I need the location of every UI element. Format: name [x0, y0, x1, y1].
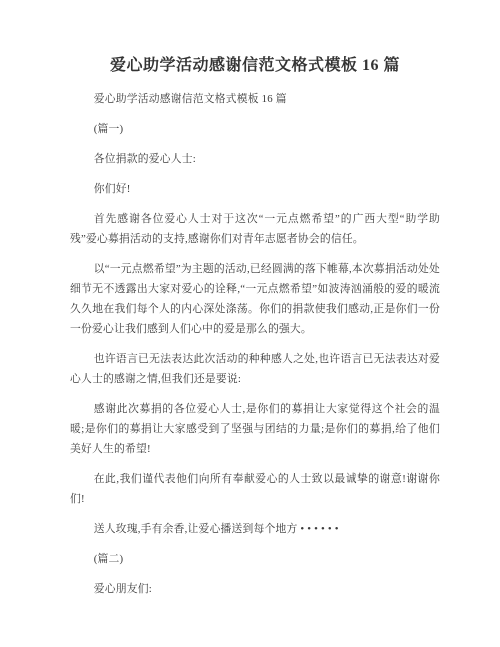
closing-line: 送人玫瑰,手有余香,让爱心播送到每个地方 • • • • • • [70, 519, 440, 539]
body-paragraph-3: 也许语言已无法表达此次活动的种种感人之处,也许语言已无法表达对爱心人士的感谢之情… [70, 349, 440, 389]
salutation-1: 各位捐款的爱心人士: [70, 149, 440, 169]
salutation-2: 爱心朋友们: [70, 579, 440, 599]
document-subtitle: 爱心助学活动感谢信范文格式模板 16 篇 [70, 89, 440, 109]
section-marker-2: (篇二) [70, 549, 440, 569]
greeting-line: 你们好! [70, 179, 440, 199]
document-content: 爱心助学活动感谢信范文格式模板 16 篇 爱心助学活动感谢信范文格式模板 16 … [70, 55, 440, 609]
document-page: 爱心助学活动感谢信范文格式模板 16 篇 爱心助学活动感谢信范文格式模板 16 … [0, 0, 500, 647]
body-paragraph-4: 感谢此次募捐的各位爱心人士,是你们的募捐让大家觉得这个社会的温暖;是你们的募捐让… [70, 399, 440, 459]
body-paragraph-2: 以“一元点燃希望”为主题的活动,已经圆满的落下帷幕,本次募捐活动处处细节无不透露… [70, 259, 440, 339]
section-marker-1: (篇一) [70, 119, 440, 139]
body-paragraph-1: 首先感谢各位爱心人士对于这次“一元点燃希望”的广西大型“助学助残”爱心募捐活动的… [70, 209, 440, 249]
body-paragraph-5: 在此,我们谨代表他们向所有奉献爱心的人士致以最诚挚的谢意!谢谢你们! [70, 469, 440, 509]
document-title: 爱心助学活动感谢信范文格式模板 16 篇 [70, 55, 440, 77]
